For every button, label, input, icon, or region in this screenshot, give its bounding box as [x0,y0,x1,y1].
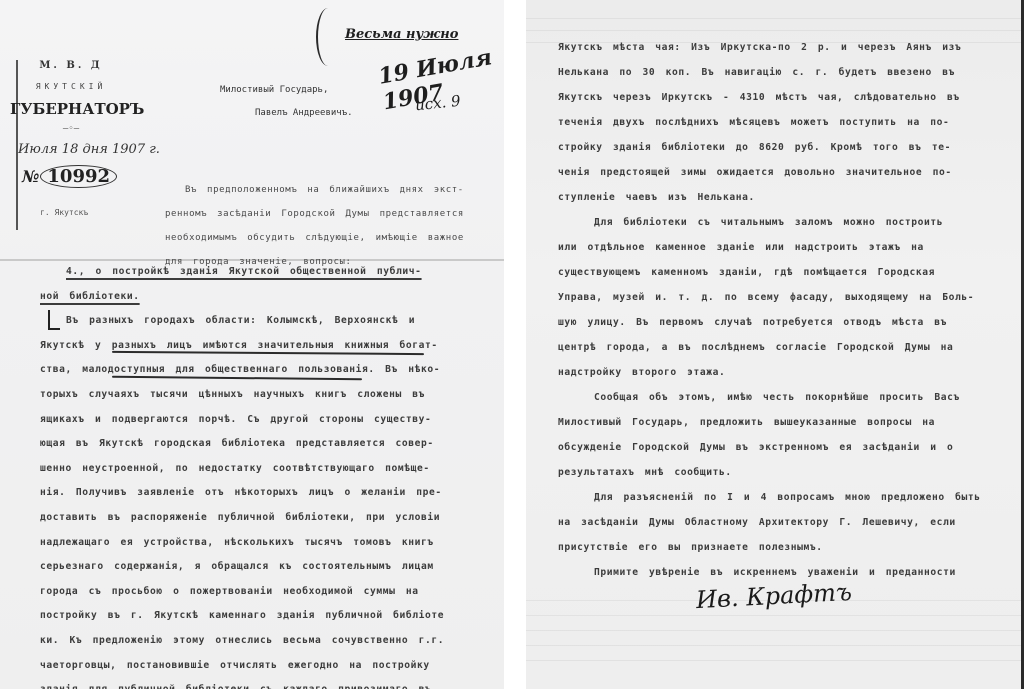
text-line: Сообщая объ этомъ, имѣю честь покорнѣйше… [594,392,960,403]
text-line: 4., о постройкѣ зданія Якутской обществе… [66,266,422,277]
text-line: Нелькана по 30 коп. Въ навигацію с. г. б… [558,67,955,78]
signature: Ив. Крафтъ [695,578,852,614]
text-line: шую улицу. Въ первомъ случаѣ потребуется… [558,317,947,328]
text-line: ной библіотеки. [40,291,140,302]
text-line: Для разъясненій по I и 4 вопросамъ мною … [594,492,981,503]
salutation-line-2: Павелъ Андреевичъ. [255,108,353,118]
text-line: или отдѣльное каменное зданіе или надстр… [558,242,924,253]
text-line: ящикахъ и подвергаются порчѣ. Съ другой … [40,414,431,425]
margin-bracket-mark [48,310,60,330]
text-line: серьезнаго содержанія, я обращался къ со… [40,561,434,572]
salutation-line-1: Милостивый Государь, [220,85,328,95]
office-title: ГУБЕРНАТОРЪ [10,100,140,118]
text-line: Въ разныхъ городахъ области: Колымскѣ, В… [66,315,415,326]
handwritten-underline [112,351,424,355]
text-line: города съ просьбою о пожертвованіи необх… [40,586,419,597]
handwritten-reference: исх. 9 [414,92,461,115]
text-line: теченія двухъ послѣднихъ мѣсяцевъ можетъ… [558,117,949,128]
document-number: №10992 [22,165,117,188]
text-line: присутствіе его вы признаете полезнымъ. [558,542,823,553]
number-stamp: 10992 [40,165,117,188]
text-line: Въ предположенномъ на ближайшихъ днях эк… [185,185,464,195]
text-line: результатахъ мнѣ сообщить. [558,467,732,478]
text-line: надстройку второго этажа. [558,367,725,378]
text-line: Управа, музей и. т. д. по всему фасаду, … [558,292,974,303]
text-line: Якутскъ мѣста чая: Изъ Иркутска-по 2 р. … [558,42,961,53]
handwritten-flourish [316,8,340,66]
text-line: постройку въ г. Якутскѣ каменнаго зданія… [40,610,444,621]
handwritten-resolution: Весьма нужно [345,27,458,42]
city-line: г. Якутскъ [40,208,88,217]
letter-date: Июля 18 дня 1907 г. [18,142,160,157]
ministry-header: М. В. Д [6,60,136,71]
number-sign: № [22,167,39,186]
text-line: стройку зданія библіотеки до 8620 руб. К… [558,142,951,153]
text-line: зданія для публичной библіотеки съ кажда… [40,684,431,689]
letter-page-right: Якутскъ мѣста чая: Изъ Иркутска-по 2 р. … [526,0,1024,689]
text-line: Милостивый Государь, предложить вышеуказ… [558,417,935,428]
text-line: ступленіе чаевъ изъ Нелькана. [558,192,755,203]
text-line: чаеторговцы, постановившіе отчислять еже… [40,660,430,671]
text-line: Для библіотеки съ читальнымъ заломъ можн… [594,217,943,228]
text-line: Якутскѣ у разныхъ лицъ имѣются значитель… [40,340,438,351]
text-line: центрѣ города, а въ послѣднемъ согласіе … [558,342,953,353]
handwritten-underline [112,376,362,380]
letter-page-left: М. В. Д ЯКУТСКІЙ ГУБЕРНАТОРЪ —◦— Июля 18… [0,0,504,689]
text-line: доставить въ распоряженіе публичной библ… [40,512,440,523]
region-header: ЯКУТСКІЙ [6,82,136,91]
ornament-divider: —◦— [6,124,136,134]
text-line: торыхъ случаяхъ тысячи цѣнныхъ научныхъ … [40,389,425,400]
text-line: ки. Къ предложенію этому отнеслись весьм… [40,635,444,646]
text-line: шенно неустроенной, по недостатку соотвѣ… [40,463,430,474]
text-line: необходимымъ обсудить слѣдующіе, имѣющіе… [165,233,464,243]
text-line: обсужденіе Городской Думы въ экстренномъ… [558,442,953,453]
text-line: нія. Получивъ заявленіе отъ нѣкоторыхъ л… [40,487,442,498]
text-line: на засѣданіи Думы Областному Архитектору… [558,517,956,528]
text-line: ющая въ Якутскѣ городская библіотека пре… [40,438,434,449]
text-line: ства, малодоступныя для общественнаго по… [40,364,440,375]
text-line: ренномъ засѣданіи Городской Думы предста… [165,209,464,219]
text-line: существующемъ каменномъ зданіи, гдѣ помѣ… [558,267,935,278]
text-line: Якутскъ черезъ Иркутскъ - 4310 мѣстъ чая… [558,92,960,103]
text-line: Примите увѣреніе въ искреннемъ уваженіи … [594,567,956,578]
text-line: надлежащаго ея устройства, нѣсколькихъ т… [40,537,434,548]
text-line: ченія предстоящей зимы ожидается довольн… [558,167,952,178]
